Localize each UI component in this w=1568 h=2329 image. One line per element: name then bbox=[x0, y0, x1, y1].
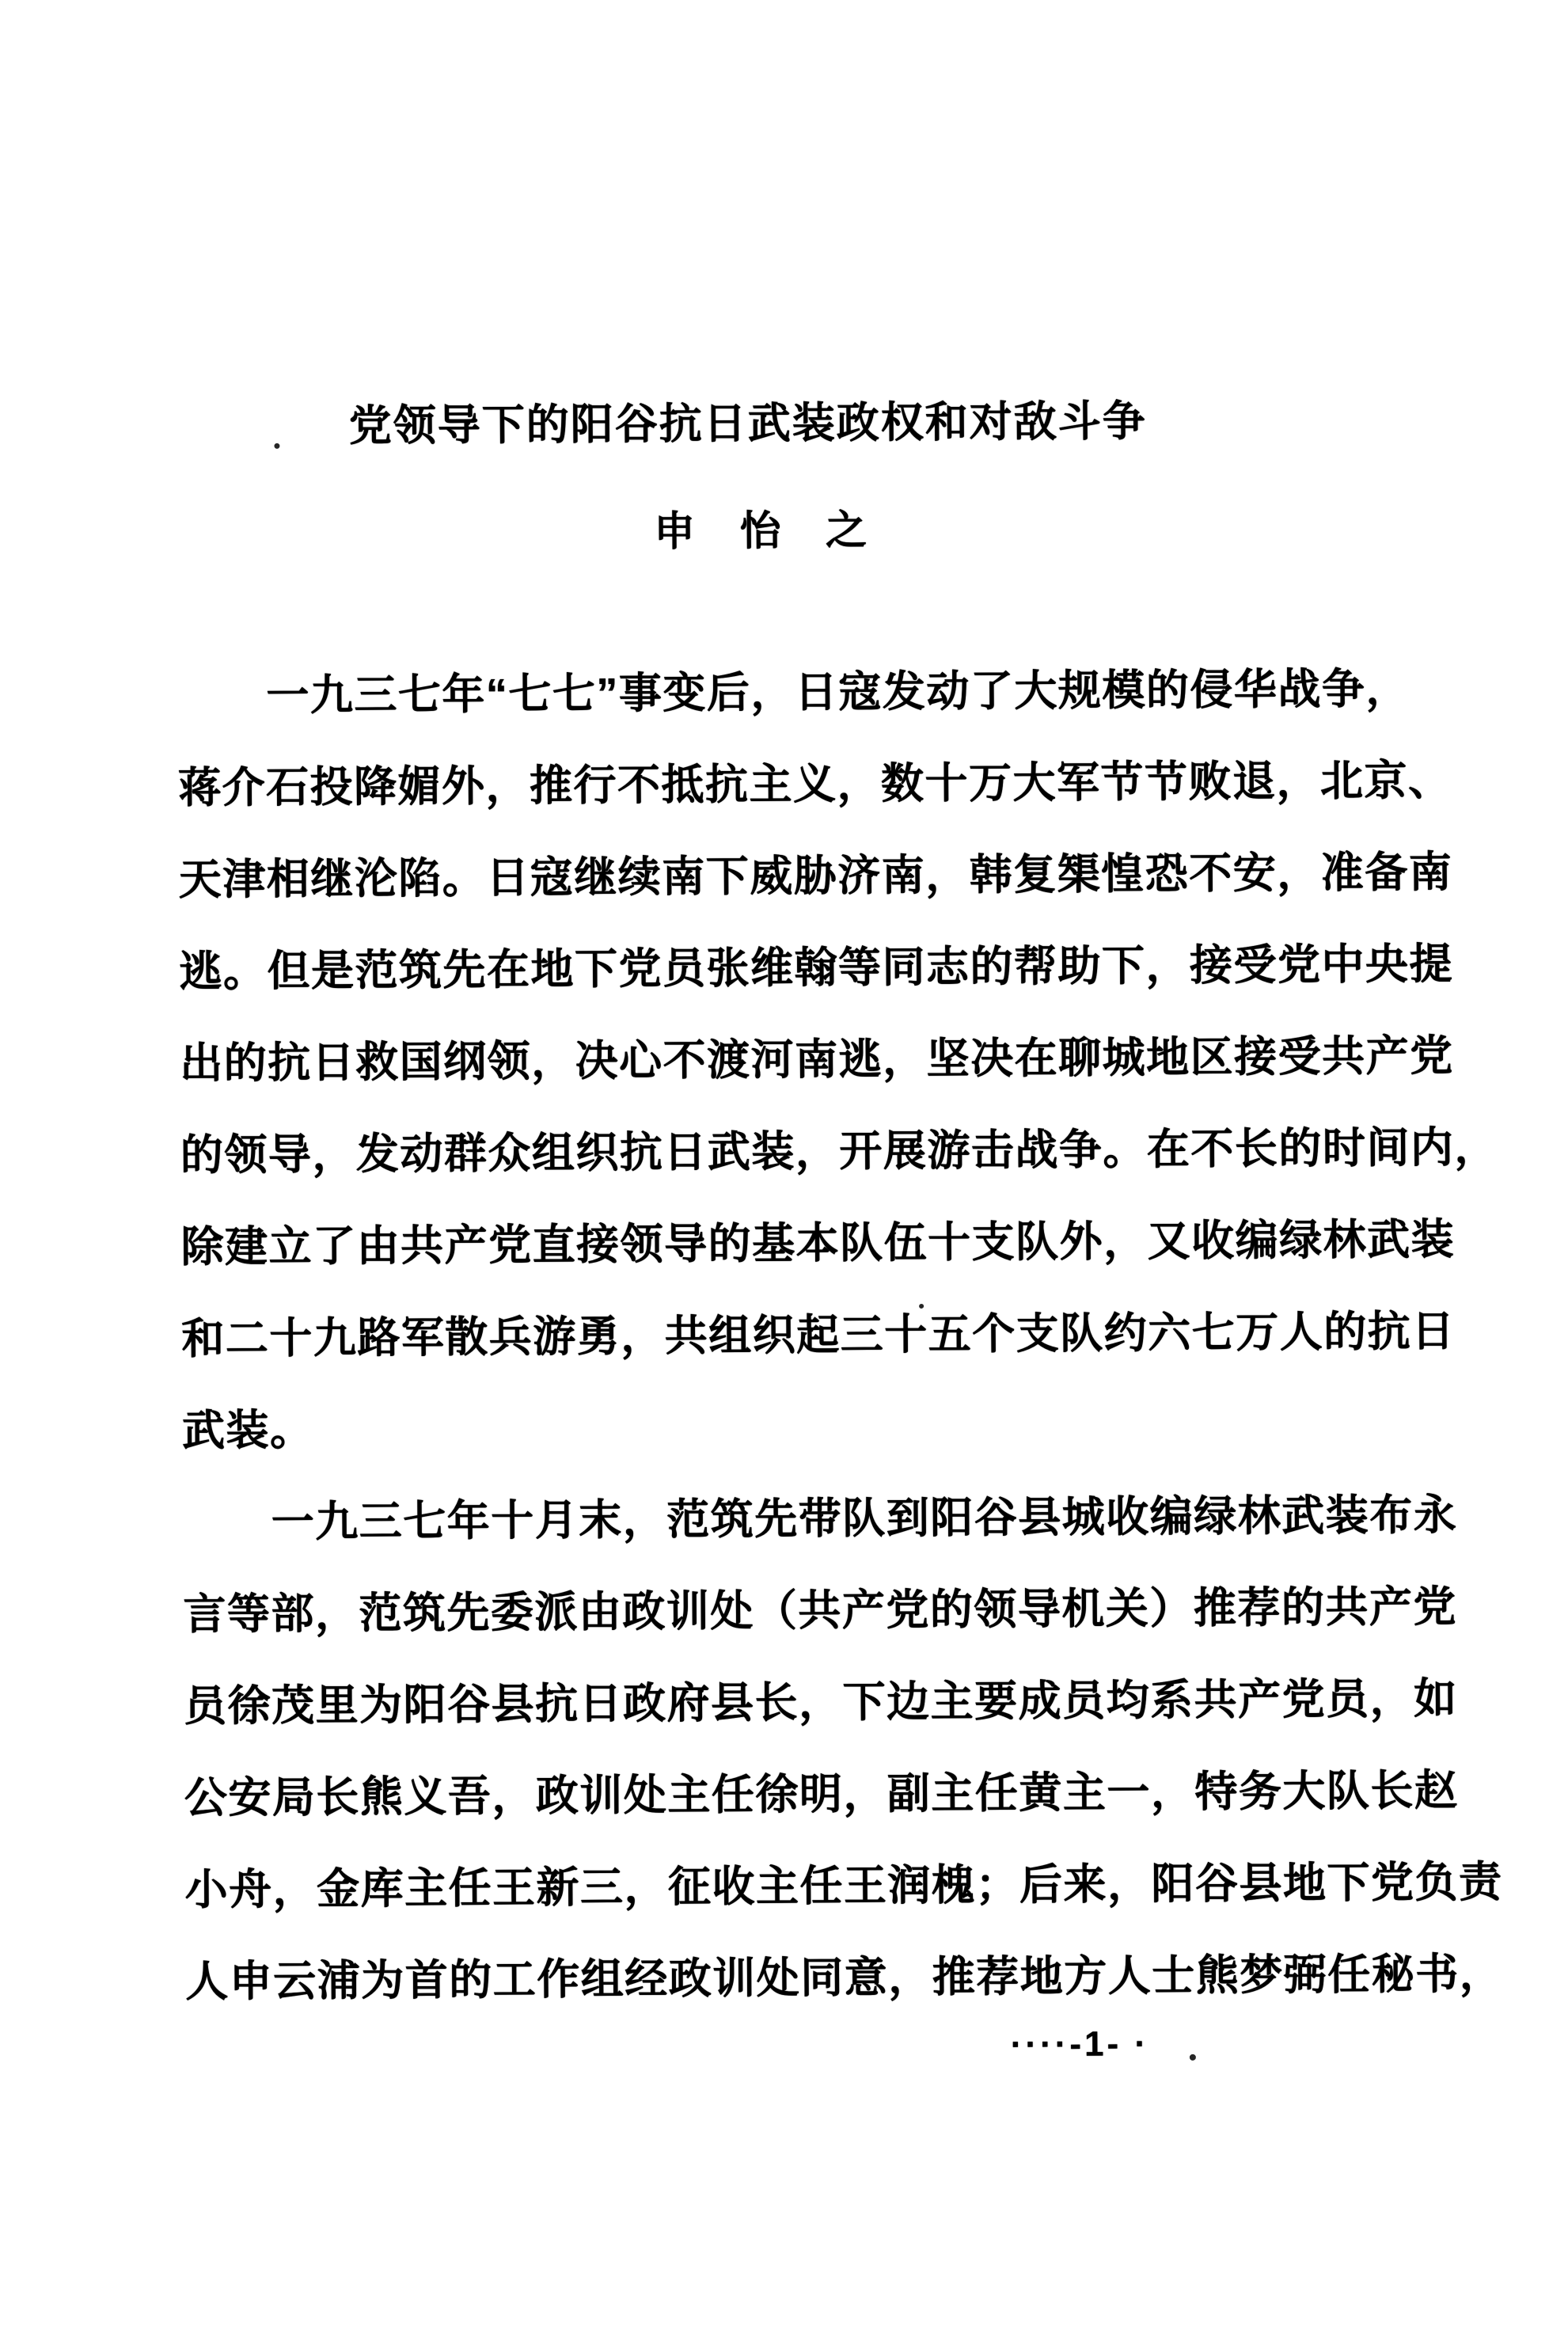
text-line: 和二十九路军散兵游勇，共组织起三十五个支队约六七万人的抗日 bbox=[181, 1286, 1397, 1385]
text-line: 一九三七年十月末，范筑先带队到阳谷县城收编绿林武装布永 bbox=[182, 1469, 1398, 1568]
text-line: 员徐茂里为阳谷县抗日政府县长，下边主要成员均系共产党员，如 bbox=[184, 1653, 1399, 1752]
document-body: 一九三七年“七七”事变后，日寇发动了大规模的侵华战争，蒋介石投降媚外，推行不抵抗… bbox=[177, 643, 1401, 2027]
scan-content: 党领导下的阳谷抗日武装政权和对敌斗争 申 怡 之 一九三七年“七七”事变后，日寇… bbox=[0, 0, 1568, 2329]
scan-speck bbox=[274, 443, 279, 449]
text-line: 人申云浦为首的工作组经政训处同意，推荐地方人士熊梦弼任秘书， bbox=[185, 1928, 1401, 2027]
text-line: 天津相继沦陷。日寇继续南下威胁济南，韩复榘惶恐不安，准备南 bbox=[178, 826, 1394, 925]
text-line: 公安局长熊义吾，政训处主任徐明，副主任黄主一，特务大队长赵 bbox=[184, 1745, 1400, 1844]
text-line: 出的抗日救国纲领，决心不渡河南逃，坚决在聊城地区接受共产党 bbox=[180, 1010, 1395, 1109]
document-title: 党领导下的阳谷抗日武装政权和对敌斗争 bbox=[0, 385, 1532, 455]
text-line: 蒋介石投降媚外，推行不抵抗主义，数十万大军节节败退，北京、 bbox=[178, 735, 1394, 834]
text-line: 一九三七年“七七”事变后，日寇发动了大规模的侵华战争， bbox=[177, 643, 1393, 742]
page-number: ····-1- · bbox=[1011, 2024, 1150, 2065]
scan-speck bbox=[1190, 2054, 1196, 2061]
text-line: 除建立了由共产党直接领导的基本队伍十支队外，又收编绿林武装 bbox=[180, 1194, 1396, 1293]
scan-speck bbox=[919, 1304, 924, 1309]
text-line: 武装。 bbox=[182, 1377, 1398, 1476]
document-author: 申 怡 之 bbox=[0, 492, 1544, 561]
text-line: 小舟，金库主任王新三，征收主任王润槐；后来，阳谷县地下党负责 bbox=[184, 1837, 1400, 1936]
scanned-document-page: 党领导下的阳谷抗日武装政权和对敌斗争 申 怡 之 一九三七年“七七”事变后，日寇… bbox=[0, 0, 1568, 2329]
text-line: 逃。但是范筑先在地下党员张维翰等同志的帮助下，接受党中央提 bbox=[179, 918, 1395, 1017]
text-line: 的领导，发动群众组织抗日武装，开展游击战争。在不长的时间内， bbox=[180, 1102, 1396, 1201]
text-line: 言等部，范筑先委派由政训处（共产党的领导机关）推荐的共产党 bbox=[183, 1561, 1399, 1660]
